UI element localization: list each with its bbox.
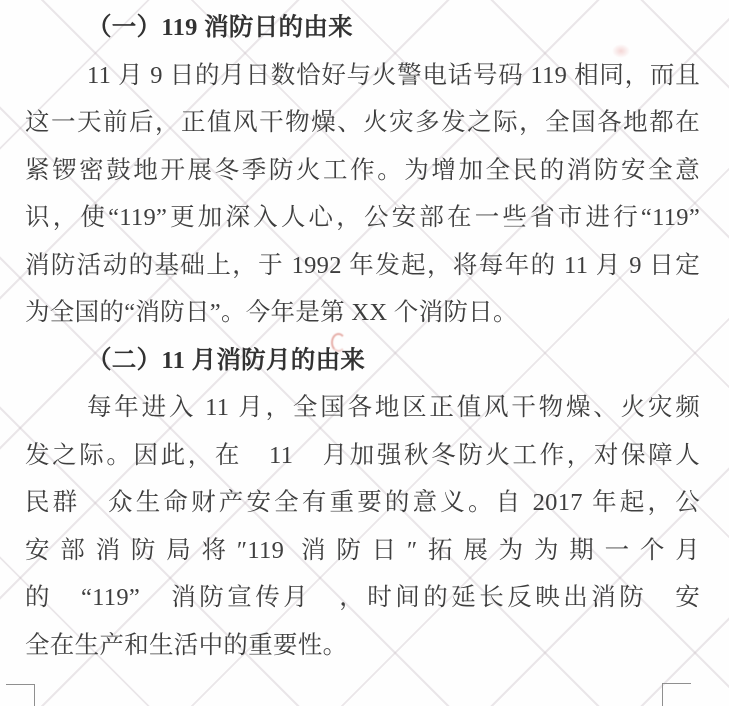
pink-smudge-artifact bbox=[612, 44, 630, 58]
paragraph-line: 每年进入 11 月，全国各地区正值风干物燥、火灾频 bbox=[25, 384, 700, 432]
corner-mark-bottom-right bbox=[662, 683, 691, 706]
paragraph-line: 识，使“119”更加深入人心，公安部在一些省市进行“119” bbox=[25, 194, 700, 242]
paragraph-line: 紧锣密鼓地开展冬季防火工作。为增加全民的消防安全意 bbox=[25, 147, 700, 195]
section-1-heading: （一）119 消防日的由来 bbox=[25, 4, 700, 52]
paragraph-line: 安部消防局将″119 消防日″拓展为为期一个月 bbox=[25, 527, 700, 575]
paragraph-line: 发之际。因此，在 11 月加强秋冬防火工作，对保障人 bbox=[25, 432, 700, 480]
paragraph-line: 消防活动的基础上，于 1992 年发起，将每年的 11 月 9 日定 bbox=[25, 242, 700, 290]
paragraph-line: 这一天前后，正值风干物燥、火灾多发之际，全国各地都在 bbox=[25, 99, 700, 147]
paragraph-line: 11 月 9 日的月日数恰好与火警电话号码 119 相同，而且 bbox=[25, 52, 700, 100]
paragraph-line: 的 “119” 消防宣传月 ，时间的延长反映出消防 安 bbox=[25, 574, 700, 622]
document-page: （一）119 消防日的由来 11 月 9 日的月日数恰好与火警电话号码 119 … bbox=[0, 0, 729, 706]
document-content: （一）119 消防日的由来 11 月 9 日的月日数恰好与火警电话号码 119 … bbox=[25, 4, 700, 669]
section-2-heading: （二）11 月消防月的由来 bbox=[25, 337, 700, 385]
paragraph-line: 全在生产和生活中的重要性。 bbox=[25, 622, 700, 670]
paragraph-line: 为全国的“消防日”。今年是第 XX 个消防日。 bbox=[25, 289, 700, 337]
paragraph-line: 民群 众生命财产安全有重要的意义。自 2017 年起，公 bbox=[25, 479, 700, 527]
red-ink-artifact bbox=[331, 333, 346, 352]
corner-mark-bottom-left bbox=[6, 684, 35, 706]
